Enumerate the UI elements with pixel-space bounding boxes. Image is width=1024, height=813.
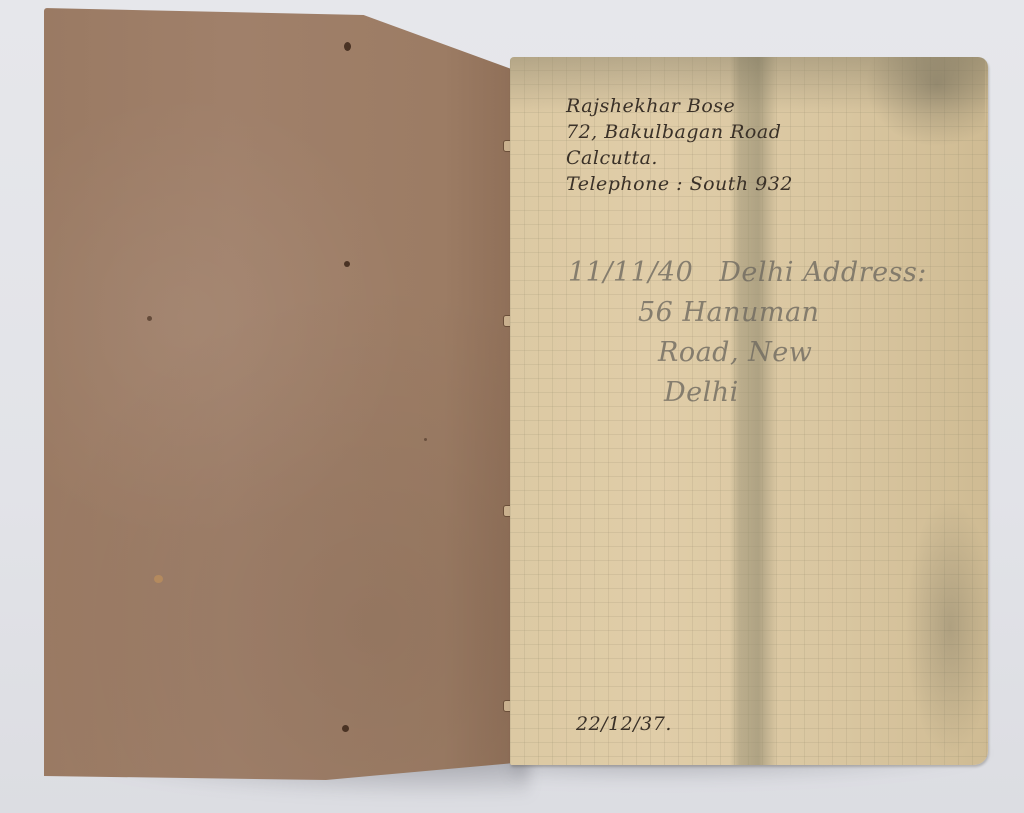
owner-name: Rajshekhar Bose <box>566 93 793 119</box>
notebook-first-page: Rajshekhar Bose 72, Bakulbagan Road Calc… <box>510 57 988 765</box>
owner-street: 72, Bakulbagan Road <box>566 119 793 145</box>
notebook-inside-cover <box>44 8 514 780</box>
telephone-value: South 932 <box>690 173 793 195</box>
footer-date: 22/12/37. <box>576 713 672 735</box>
delhi-line-2: Road, New <box>568 333 927 373</box>
note-date: 11/11/40 <box>568 257 693 288</box>
delhi-line-1: 56 Hanuman <box>568 293 927 333</box>
stain-spot <box>344 261 350 267</box>
stain-spot <box>344 42 351 51</box>
telephone-label: Telephone : <box>566 173 683 195</box>
stain-spot <box>154 575 163 583</box>
stain-spot <box>342 725 349 732</box>
delhi-address-note: 11/11/40Delhi Address: 56 Hanuman Road, … <box>568 253 927 413</box>
stain-spot <box>424 438 427 441</box>
owner-telephone: Telephone : South 932 <box>566 171 793 197</box>
note-heading: Delhi Address: <box>719 257 927 288</box>
owner-city: Calcutta. <box>566 145 793 171</box>
photo-scene: Rajshekhar Bose 72, Bakulbagan Road Calc… <box>0 0 1024 813</box>
owner-address: Rajshekhar Bose 72, Bakulbagan Road Calc… <box>566 93 793 197</box>
delhi-line-3: Delhi <box>568 373 927 413</box>
stain-spot <box>147 316 152 321</box>
mildew-stain <box>865 57 985 147</box>
mildew-stain <box>905 497 988 757</box>
